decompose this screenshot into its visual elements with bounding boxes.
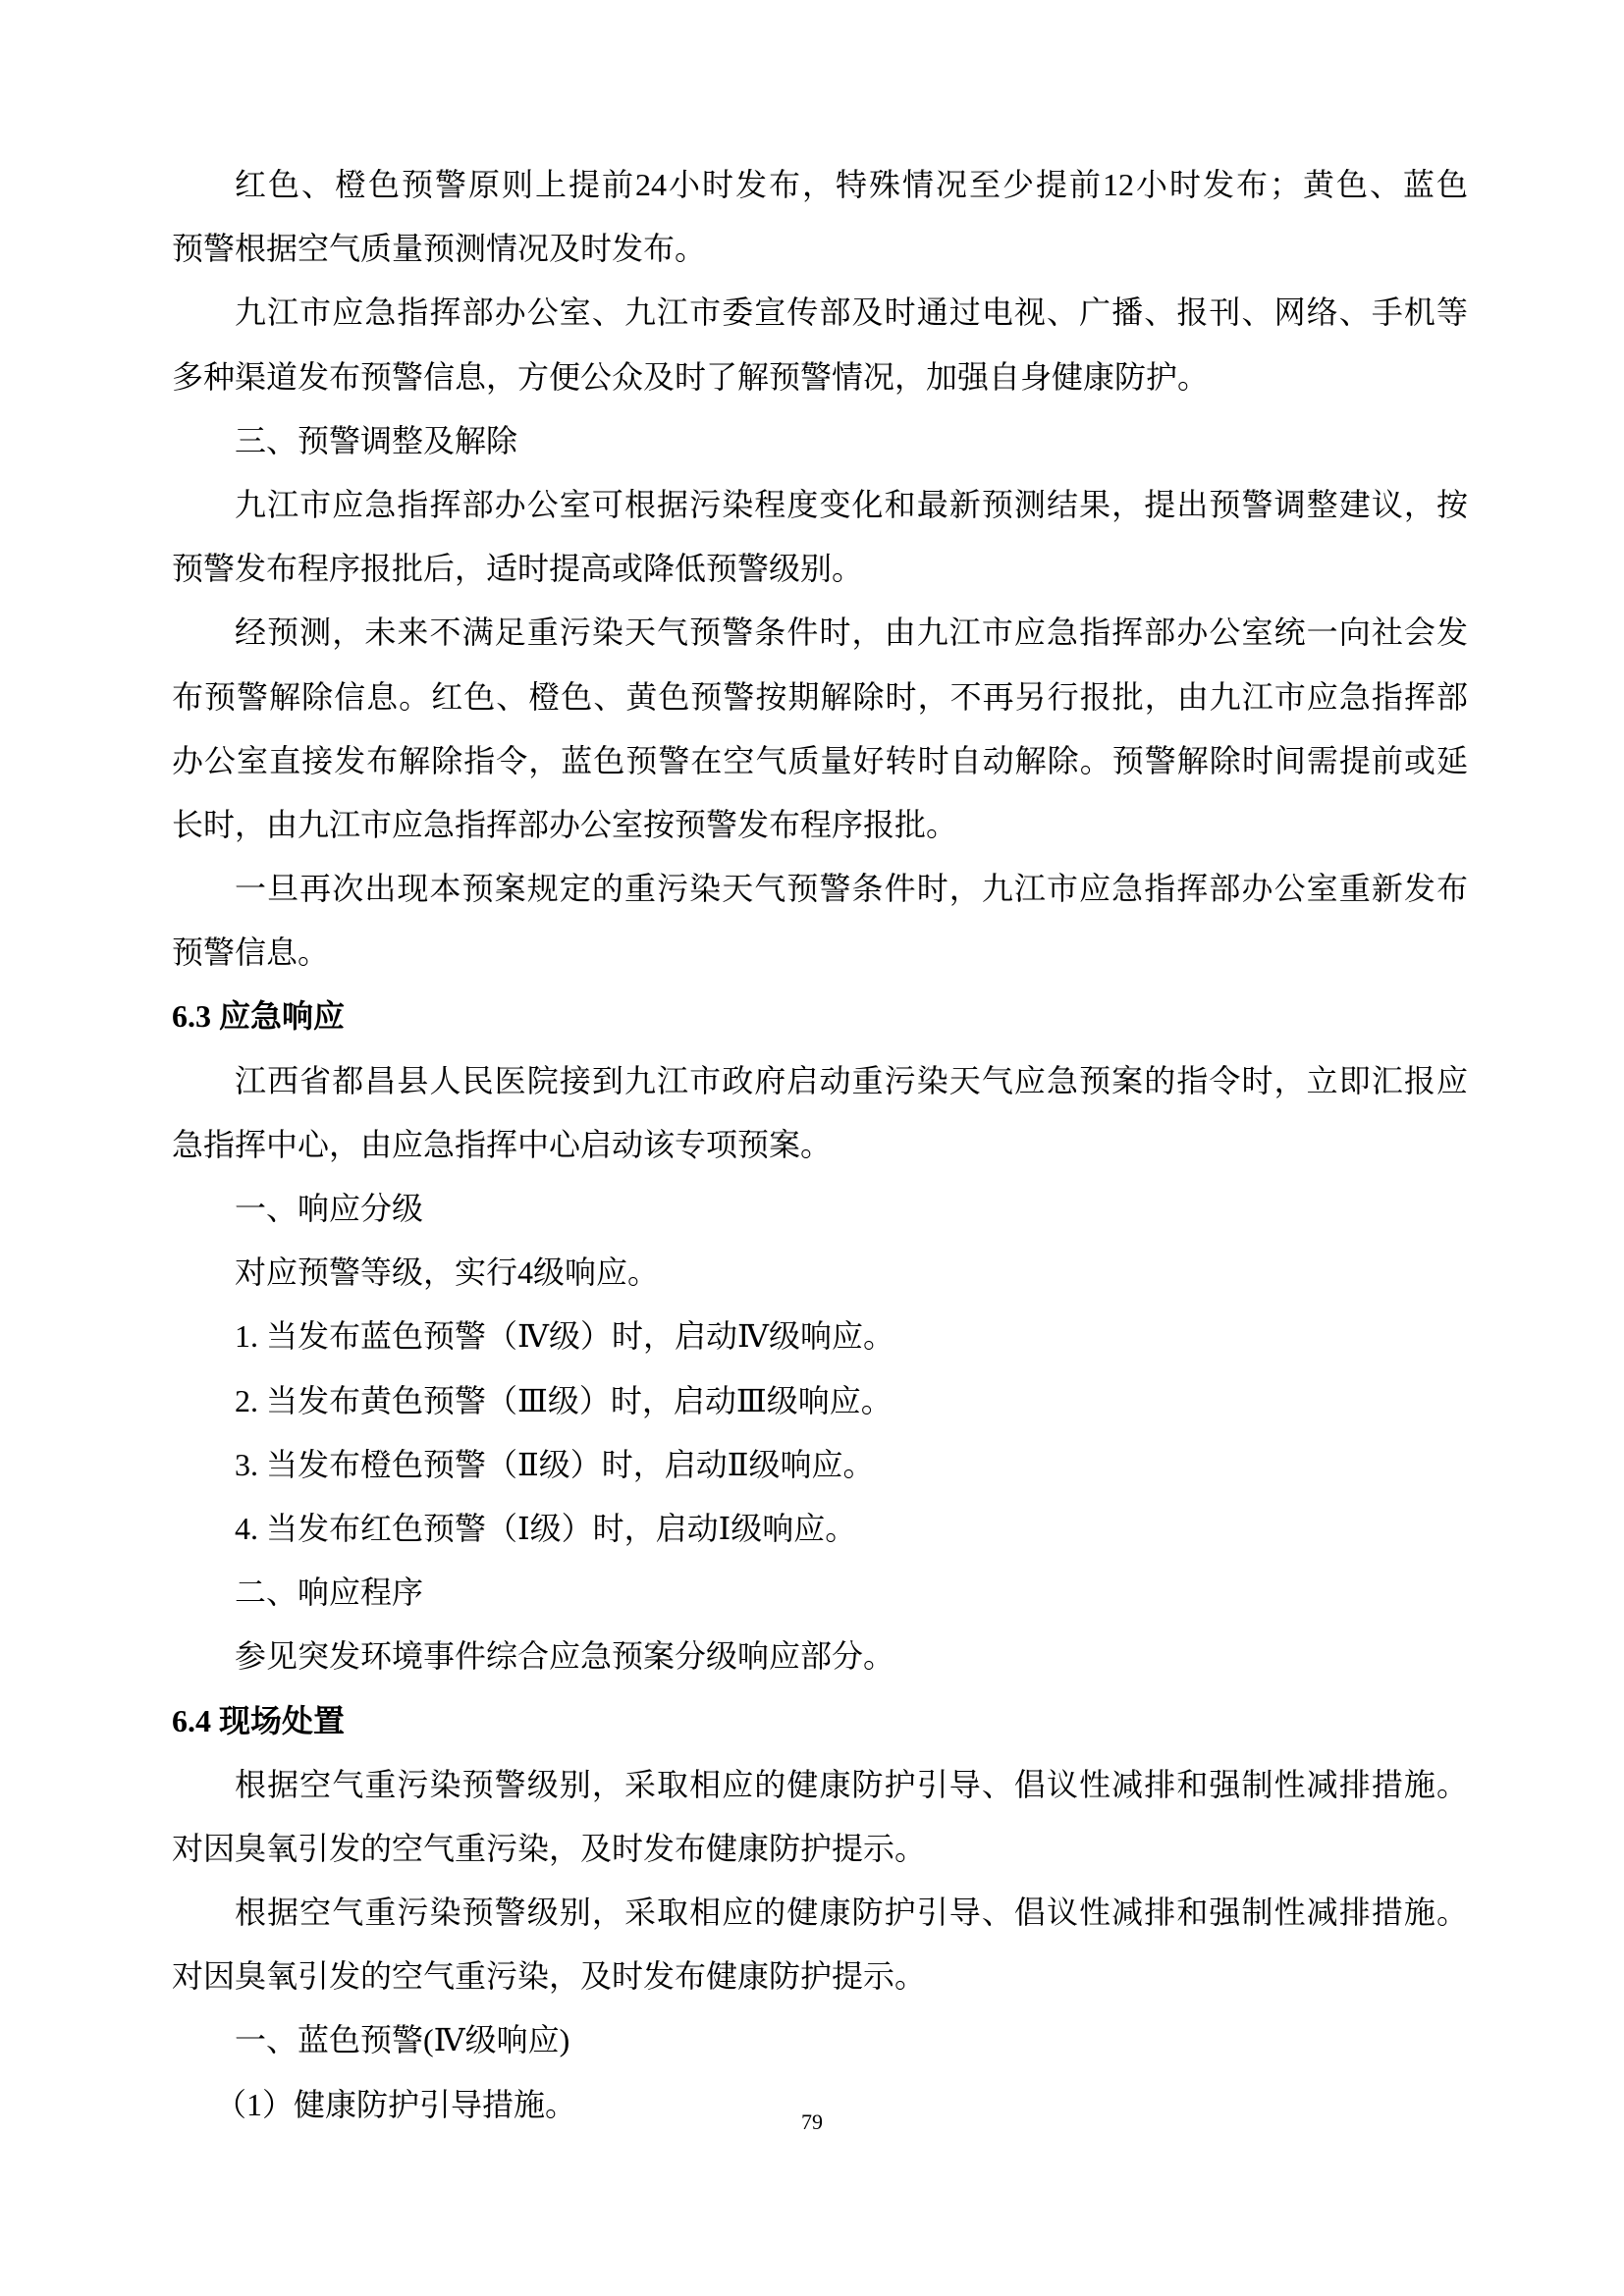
document-body: 红色、橙色预警原则上提前24小时发布，特殊情况至少提前12小时发布；黄色、蓝色预… bbox=[172, 153, 1468, 2137]
paragraph-line: 红色、橙色预警原则上提前24小时发布，特殊情况至少提前12小时发布；黄色、蓝色 bbox=[172, 153, 1468, 217]
page-number: 79 bbox=[0, 2110, 1624, 2134]
paragraph-line: 预警根据空气质量预测情况及时发布。 bbox=[172, 217, 1468, 281]
paragraph-line: 对因臭氧引发的空气重污染，及时发布健康防护提示。 bbox=[172, 1945, 1468, 2008]
paragraph-line: 三、预警调整及解除 bbox=[172, 409, 1468, 473]
paragraph-line: 1. 当发布蓝色预警（Ⅳ级）时，启动Ⅳ级响应。 bbox=[172, 1305, 1468, 1368]
paragraph-line: 对因臭氧引发的空气重污染，及时发布健康防护提示。 bbox=[172, 1817, 1468, 1881]
paragraph-line: 经预测，未来不满足重污染天气预警条件时，由九江市应急指挥部办公室统一向社会发 bbox=[172, 601, 1468, 665]
paragraph-line: 预警发布程序报批后，适时提高或降低预警级别。 bbox=[172, 537, 1468, 601]
section-heading: 6.3 应急响应 bbox=[172, 985, 1468, 1048]
paragraph-line: 二、响应程序 bbox=[172, 1561, 1468, 1625]
section-heading: 6.4 现场处置 bbox=[172, 1689, 1468, 1753]
paragraph-line: 一旦再次出现本预案规定的重污染天气预警条件时，九江市应急指挥部办公室重新发布 bbox=[172, 857, 1468, 921]
paragraph-line: 一、响应分级 bbox=[172, 1177, 1468, 1241]
paragraph-line: 根据空气重污染预警级别，采取相应的健康防护引导、倡议性减排和强制性减排措施。 bbox=[172, 1881, 1468, 1945]
paragraph-line: 布预警解除信息。红色、橙色、黄色预警按期解除时，不再另行报批，由九江市应急指挥部 bbox=[172, 666, 1468, 729]
paragraph-line: 长时，由九江市应急指挥部办公室按预警发布程序报批。 bbox=[172, 793, 1468, 857]
paragraph-line: 预警信息。 bbox=[172, 921, 1468, 985]
paragraph-line: 对应预警等级，实行4级响应。 bbox=[172, 1241, 1468, 1305]
paragraph-line: 九江市应急指挥部办公室、九江市委宣传部及时通过电视、广播、报刊、网络、手机等 bbox=[172, 281, 1468, 345]
document-page: 红色、橙色预警原则上提前24小时发布，特殊情况至少提前12小时发布；黄色、蓝色预… bbox=[0, 0, 1624, 2296]
paragraph-line: 办公室直接发布解除指令，蓝色预警在空气质量好转时自动解除。预警解除时间需提前或延 bbox=[172, 729, 1468, 793]
paragraph-line: 3. 当发布橙色预警（Ⅱ级）时，启动Ⅱ级响应。 bbox=[172, 1433, 1468, 1497]
paragraph-line: 一、蓝色预警(Ⅳ级响应) bbox=[172, 2008, 1468, 2072]
paragraph-line: 多种渠道发布预警信息，方便公众及时了解预警情况，加强自身健康防护。 bbox=[172, 346, 1468, 409]
paragraph-line: 江西省都昌县人民医院接到九江市政府启动重污染天气应急预案的指令时，立即汇报应 bbox=[172, 1049, 1468, 1113]
paragraph-line: 2. 当发布黄色预警（Ⅲ级）时，启动Ⅲ级响应。 bbox=[172, 1369, 1468, 1433]
paragraph-line: 九江市应急指挥部办公室可根据污染程度变化和最新预测结果，提出预警调整建议，按 bbox=[172, 473, 1468, 537]
paragraph-line: 急指挥中心，由应急指挥中心启动该专项预案。 bbox=[172, 1113, 1468, 1177]
paragraph-line: 根据空气重污染预警级别，采取相应的健康防护引导、倡议性减排和强制性减排措施。 bbox=[172, 1753, 1468, 1817]
paragraph-line: 4. 当发布红色预警（Ⅰ级）时，启动Ⅰ级响应。 bbox=[172, 1497, 1468, 1561]
paragraph-line: 参见突发环境事件综合应急预案分级响应部分。 bbox=[172, 1625, 1468, 1688]
